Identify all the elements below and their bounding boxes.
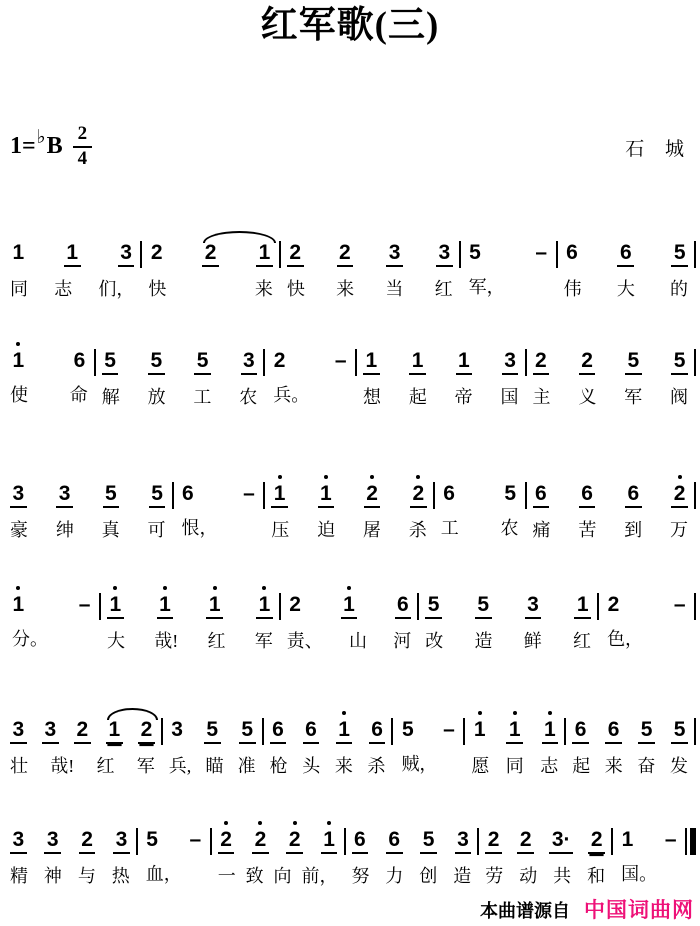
lyric-syllable: 工 (441, 516, 459, 540)
note: 3 (56, 473, 73, 508)
note: 2 (286, 819, 303, 854)
lyric-syllable: 色， (607, 627, 643, 651)
note: 6 (605, 709, 622, 744)
lyric-syllable: 鲜 (524, 629, 542, 653)
note: 5 (103, 473, 120, 508)
note: 5 (194, 340, 211, 375)
note: 6 (71, 340, 88, 373)
lyric-syllable: 努 (352, 864, 370, 888)
note: 2 (74, 709, 91, 744)
note: 1 (321, 819, 338, 854)
measure: 223·2劳动共和 (479, 819, 611, 888)
footer-site-link[interactable]: 中国词曲网 (584, 894, 694, 924)
sheet-music-page: 红军歌(三) 1= ♭ B 2 4 石 城 113同志们，221快来2233快来… (0, 0, 700, 926)
dash-note: – (187, 819, 204, 852)
measure: 355兵,瞄准 (163, 709, 262, 778)
measure: 5–血， (138, 819, 210, 886)
note: 3 (241, 340, 258, 375)
footer-source-label: 本曲谱源自 (480, 897, 570, 923)
measure: 6616枪头来杀 (264, 709, 392, 778)
music-line-3: 3355豪绅真可6–恨，1122压迫屠杀65工农6662痛苦到万 (4, 473, 696, 542)
note: 6 (533, 473, 550, 508)
notes-row: 221 (148, 232, 272, 267)
notes-row: 2221 (218, 819, 338, 854)
lyric-syllable: 兵, (169, 754, 192, 778)
measure: 16使命 (4, 340, 94, 407)
lyric-syllable: 屠 (363, 518, 381, 542)
note: 5 (102, 340, 119, 375)
note: 6 (352, 819, 369, 854)
lyric-syllable: 创 (419, 864, 437, 888)
score-title: 红军歌(三) (0, 4, 700, 48)
lyric-syllable: 解 (102, 385, 120, 409)
notes-row: 6– (180, 473, 258, 506)
barline (694, 349, 696, 376)
lyric-syllable: 阀 (670, 385, 688, 409)
lyric-syllable: 工 (193, 385, 211, 409)
measure: 1113想起帝国 (357, 340, 525, 409)
lyric-text: 快来 (148, 277, 272, 301)
lyric-text: 改造鲜红 (425, 629, 591, 653)
lyric-syllable: 和 (587, 864, 605, 888)
note: 5 (420, 819, 437, 854)
note: 6 (303, 709, 320, 744)
lyric-syllable: 神 (44, 864, 62, 888)
key-signature: 1= ♭ B 2 4 (10, 124, 92, 170)
lyric-syllable: 军， (469, 275, 505, 299)
note: 2 (218, 819, 235, 854)
note: 2 (485, 819, 502, 854)
lyric-syllable: 同 (10, 277, 28, 301)
notes-row: 16 (10, 340, 88, 373)
lyric-syllable: 河 (393, 629, 411, 653)
note: 1 (619, 819, 636, 852)
lyric-syllable: 枪 (270, 754, 288, 778)
lyric-text: 豪绅真可 (10, 518, 166, 542)
lyric-syllable: 豪 (10, 518, 28, 542)
note: 1 (271, 473, 288, 508)
notes-row: 5– (467, 232, 550, 265)
note: 5 (144, 819, 161, 852)
lyric-syllable: 想 (363, 385, 381, 409)
lyric-syllable: 军 (255, 629, 273, 653)
lyric-syllable: 万 (670, 518, 688, 542)
notes-row: 6616 (270, 709, 386, 744)
note: 3 (118, 232, 135, 267)
lyric-syllable: 义 (578, 385, 596, 409)
note: 5 (475, 584, 492, 619)
lyric-text: 恨， (180, 516, 258, 540)
lyric-syllable: 一 (218, 864, 236, 888)
lyric-syllable: 红 (573, 629, 591, 653)
lyric-syllable: 苦 (578, 518, 596, 542)
note: 3· (549, 819, 573, 854)
lyric-syllable: 与 (78, 864, 96, 888)
notes-row: 1122 (271, 473, 427, 508)
lyric-syllable: 痛 (533, 518, 551, 542)
note: 2 (605, 584, 622, 617)
lyric-syllable: 发 (670, 754, 688, 778)
measure: 5553解放工农 (96, 340, 264, 409)
barline (694, 593, 696, 620)
note: 2 (588, 819, 605, 854)
notes-row: 2– (271, 340, 349, 373)
note: 5 (671, 340, 688, 375)
measure: 5–军， (461, 232, 556, 299)
measure: 1122压迫屠杀 (265, 473, 433, 542)
lyric-text: 使命 (10, 383, 88, 407)
note: 6 (369, 709, 386, 744)
measure: 65工农 (435, 473, 525, 540)
lyric-syllable: 致 (246, 864, 264, 888)
measure: 1–分。 (4, 584, 99, 651)
note: 1 (10, 232, 27, 265)
note: 6 (180, 473, 197, 506)
note: 2 (410, 473, 427, 508)
lyric-syllable: 山 (349, 629, 367, 653)
lyric-syllable: 志 (540, 754, 558, 778)
note: 3 (113, 819, 130, 854)
lyric-syllable: 热 (112, 864, 130, 888)
note: 5 (638, 709, 655, 744)
lyric-syllable: 愿 (471, 754, 489, 778)
lyric-text: 伟大的 (564, 277, 688, 301)
notes-row: 65 (441, 473, 519, 506)
lyric-text: 兵。 (271, 383, 349, 407)
measure: 33212壮哉!红军 (4, 709, 161, 778)
notes-row: 1111 (107, 584, 273, 619)
dash-note: – (76, 584, 93, 617)
lyric-syllable: 帝 (455, 385, 473, 409)
lyric-syllable: 使 (10, 383, 28, 407)
note: 3 (10, 819, 27, 854)
note: 6 (395, 584, 412, 619)
note: 2 (337, 232, 354, 267)
measure: 3323精神与热 (4, 819, 136, 888)
note: 2 (148, 232, 165, 265)
note: 6 (625, 473, 642, 508)
lyric-syllable: 农 (501, 516, 519, 540)
lyric-syllable: 准 (238, 754, 256, 778)
lyric-syllable: 劳 (485, 864, 503, 888)
lyric-syllable: 当 (385, 277, 403, 301)
measure: 2–色， (599, 584, 694, 651)
lyric-text: 国。 (619, 862, 679, 886)
note: 3 (169, 709, 186, 742)
lyric-syllable: 压 (271, 518, 289, 542)
lyric-syllable: 放 (148, 385, 166, 409)
measure: 6662痛苦到万 (527, 473, 695, 542)
lyric-syllable: 头 (302, 754, 320, 778)
lyric-syllable: 前， (301, 864, 337, 888)
measure: 2255主义军阀 (527, 340, 695, 409)
notes-row: 1– (619, 819, 679, 852)
note: 2 (79, 819, 96, 854)
note: 1 (506, 709, 523, 744)
lyric-text: 劳动共和 (485, 864, 605, 888)
note: 3 (525, 584, 542, 619)
lyric-syllable: 兵。 (273, 383, 309, 407)
dash-note: – (662, 819, 679, 852)
lyric-text: 精神与热 (10, 864, 130, 888)
lyric-text: 起来奋发 (572, 754, 688, 778)
measure: 2221一致向前， (212, 819, 344, 888)
notes-row: 113 (10, 232, 134, 267)
barline (694, 241, 696, 268)
note: 1 (363, 340, 380, 375)
lyric-syllable: 到 (624, 518, 642, 542)
lyric-syllable: 伟 (564, 277, 582, 301)
lyric-syllable: 杀 (409, 518, 427, 542)
note: 1 (157, 584, 174, 619)
note: 6 (386, 819, 403, 854)
lyric-syllable: 快 (287, 277, 305, 301)
note: 5 (204, 709, 221, 744)
lyric-syllable: 动 (519, 864, 537, 888)
notes-row: 2255 (533, 340, 689, 375)
note: 3 (436, 232, 453, 267)
note: 2 (671, 473, 688, 508)
lyric-syllable: 命 (70, 383, 88, 407)
note: 3 (10, 709, 27, 744)
barline (694, 482, 696, 509)
lyric-syllable: 红 (208, 629, 226, 653)
note: 2 (579, 340, 596, 375)
lyric-syllable: 来 (336, 277, 354, 301)
note: 1 (64, 232, 81, 267)
lyric-syllable: 杀 (367, 754, 385, 778)
notes-row: 1– (10, 584, 93, 617)
lyric-syllable: 哉! (50, 754, 74, 778)
note: 1 (206, 584, 223, 619)
note: 2 (271, 340, 288, 373)
lyric-text: 枪头来杀 (270, 754, 386, 778)
music-line-6: 3323精神与热5–血，2221一致向前，6653努力创造223·2劳动共和1–… (4, 819, 696, 888)
lyric-syllable: 力 (385, 864, 403, 888)
lyric-syllable: 红 (97, 754, 115, 778)
lyric-syllable: 来 (335, 754, 353, 778)
note: 3 (502, 340, 519, 375)
dash-note: – (332, 340, 349, 373)
lyric-text: 兵,瞄准 (169, 754, 256, 778)
lyric-syllable: 贼， (401, 752, 437, 776)
notes-row: 355 (169, 709, 256, 744)
notes-row: 3355 (10, 473, 166, 508)
notes-row: 33212 (10, 709, 155, 744)
lyric-text: 分。 (10, 627, 93, 651)
note: 1 (456, 340, 473, 375)
note: 5 (425, 584, 442, 619)
dash-note: – (241, 473, 258, 506)
lyric-syllable: 改 (425, 629, 443, 653)
note: 5 (148, 340, 165, 375)
lyric-syllable: 共 (553, 864, 571, 888)
lyric-syllable: 起 (572, 754, 590, 778)
note: 5 (671, 232, 688, 267)
measure: 6653努力创造 (346, 819, 478, 888)
measure: 113同志们， (4, 232, 140, 301)
lyric-text: 工农 (441, 516, 519, 540)
lyric-syllable: 可 (147, 518, 165, 542)
lyric-text: 大哉!红军 (107, 629, 273, 653)
footer: 本曲谱源自 中国词曲网 (480, 894, 694, 924)
notes-row: 216 (287, 584, 411, 619)
lyric-syllable: 国 (500, 385, 518, 409)
lyric-text: 努力创造 (352, 864, 472, 888)
note: 5 (239, 709, 256, 744)
note: 3 (10, 473, 27, 508)
note: 1 (10, 340, 27, 373)
lyric-syllable: 哉! (154, 629, 178, 653)
final-barline (685, 828, 696, 855)
lyric-text: 解放工农 (102, 385, 258, 409)
lyric-text: 军， (467, 275, 550, 299)
notes-row: 5531 (425, 584, 591, 619)
notes-row: 665 (564, 232, 688, 267)
lyric-text: 贼， (399, 752, 457, 776)
time-signature: 2 4 (73, 124, 93, 170)
lyric-syllable: 大 (617, 277, 635, 301)
note: 1 (256, 584, 273, 619)
lyric-text: 一致向前， (218, 864, 338, 888)
note: 6 (270, 709, 287, 744)
notes-row: 223·2 (485, 819, 605, 854)
lyric-syllable: 主 (533, 385, 551, 409)
measure: 216责、山河 (281, 584, 417, 653)
lyric-syllable: 向 (274, 864, 292, 888)
notes-row: 1113 (363, 340, 519, 375)
lyric-syllable: 快 (148, 277, 166, 301)
lyric-text: 痛苦到万 (533, 518, 689, 542)
lyric-text: 主义军阀 (533, 385, 689, 409)
notes-row: 5– (399, 709, 457, 742)
note: 5 (671, 709, 688, 744)
time-signature-denominator: 4 (73, 148, 93, 170)
note: 1 (318, 473, 335, 508)
dash-note: – (533, 232, 550, 265)
music-line-5: 33212壮哉!红军355兵,瞄准6616枪头来杀5–贼，111愿同志6655起… (4, 709, 696, 778)
note: 5 (399, 709, 416, 742)
lyric-syllable: 精 (10, 864, 28, 888)
lyric-syllable: 血， (146, 862, 182, 886)
notes-row: 6655 (572, 709, 688, 744)
lyric-text: 压迫屠杀 (271, 518, 427, 542)
note: 5 (502, 473, 519, 506)
lyric-syllable: 红 (435, 277, 453, 301)
lyric-syllable: 造 (453, 864, 471, 888)
notes-row: 111 (471, 709, 558, 744)
lyric-syllable: 国。 (621, 862, 657, 886)
notes-row: 6653 (352, 819, 472, 854)
note: 2 (287, 584, 304, 617)
lyric-text: 血， (144, 862, 204, 886)
measure: 1–国。 (613, 819, 685, 886)
notes-row: 6662 (533, 473, 689, 508)
flat-sign-icon: ♭ (37, 126, 46, 149)
note: 1 (574, 584, 591, 619)
measure: 5531改造鲜红 (419, 584, 597, 653)
measure: 2233快来当红 (281, 232, 459, 301)
lyric-syllable: 来 (255, 277, 273, 301)
lyric-syllable: 迫 (317, 518, 335, 542)
measure: 3355豪绅真可 (4, 473, 172, 542)
lyric-syllable: 来 (605, 754, 623, 778)
music-line-1: 113同志们，221快来2233快来当红5–军，665伟大的 (4, 232, 696, 301)
lyric-syllable: 瞄 (205, 754, 223, 778)
lyric-text: 色， (605, 627, 688, 651)
note: 6 (579, 473, 596, 508)
music-line-4: 1–分。1111大哉!红军216责、山河5531改造鲜红2–色， (4, 584, 696, 653)
lyric-syllable: 壮 (10, 754, 28, 778)
note: 2 (517, 819, 534, 854)
lyric-syllable: 军 (624, 385, 642, 409)
lyric-syllable: 大 (107, 629, 125, 653)
note: 1 (409, 340, 426, 375)
lyric-text: 快来当红 (287, 277, 453, 301)
note: 6 (572, 709, 589, 744)
notes-row: 3323 (10, 819, 130, 854)
music-line-2: 16使命5553解放工农2–兵。1113想起帝国2255主义军阀 (4, 340, 696, 409)
note: 6 (617, 232, 634, 267)
measure: 5–贼， (393, 709, 463, 776)
measure: 111愿同志 (465, 709, 564, 778)
lyric-syllable: 同 (506, 754, 524, 778)
notes-row: 5553 (102, 340, 258, 375)
notes-row: 5– (144, 819, 204, 852)
measure: 2–兵。 (265, 340, 355, 407)
key-tonic: B (47, 133, 63, 160)
note: 5 (467, 232, 484, 265)
note: 1 (336, 709, 353, 744)
note: 3 (42, 709, 59, 744)
lyric-syllable: 奋 (637, 754, 655, 778)
key-prefix: 1= (10, 133, 36, 160)
lyric-syllable: 绅 (56, 518, 74, 542)
note: 1 (107, 584, 124, 619)
note: 6 (564, 232, 581, 265)
measure: 6655起来奋发 (566, 709, 694, 778)
note: 1 (10, 584, 27, 617)
note: 5 (149, 473, 166, 508)
lyric-syllable: 军 (137, 754, 155, 778)
note: 1 (471, 709, 488, 742)
lyric-syllable: 志 (54, 277, 72, 301)
note: 5 (625, 340, 642, 375)
note: 2 (364, 473, 381, 508)
measure: 1111大哉!红军 (101, 584, 279, 653)
lyric-syllable: 分。 (12, 627, 48, 651)
lyric-syllable: 真 (102, 518, 120, 542)
lyric-text: 责、山河 (287, 629, 411, 653)
note: 2 (252, 819, 269, 854)
lyric-text: 想起帝国 (363, 385, 519, 409)
measure: 221快来 (142, 232, 278, 301)
note: 3 (44, 819, 61, 854)
lyric-text: 同志们， (10, 277, 134, 301)
barline (694, 718, 696, 745)
lyric-syllable: 的 (670, 277, 688, 301)
note: 3 (386, 232, 403, 267)
note: 2 (287, 232, 304, 267)
notes-row: 2233 (287, 232, 453, 267)
lyric-syllable: 们， (98, 277, 134, 301)
lyric-text: 愿同志 (471, 754, 558, 778)
lyric-syllable: 农 (239, 385, 257, 409)
note: 1 (542, 709, 559, 744)
key-row: 1= ♭ B 2 4 石 城 (10, 124, 684, 170)
lyric-syllable: 责、 (287, 629, 323, 653)
time-signature-numerator: 2 (73, 124, 93, 148)
